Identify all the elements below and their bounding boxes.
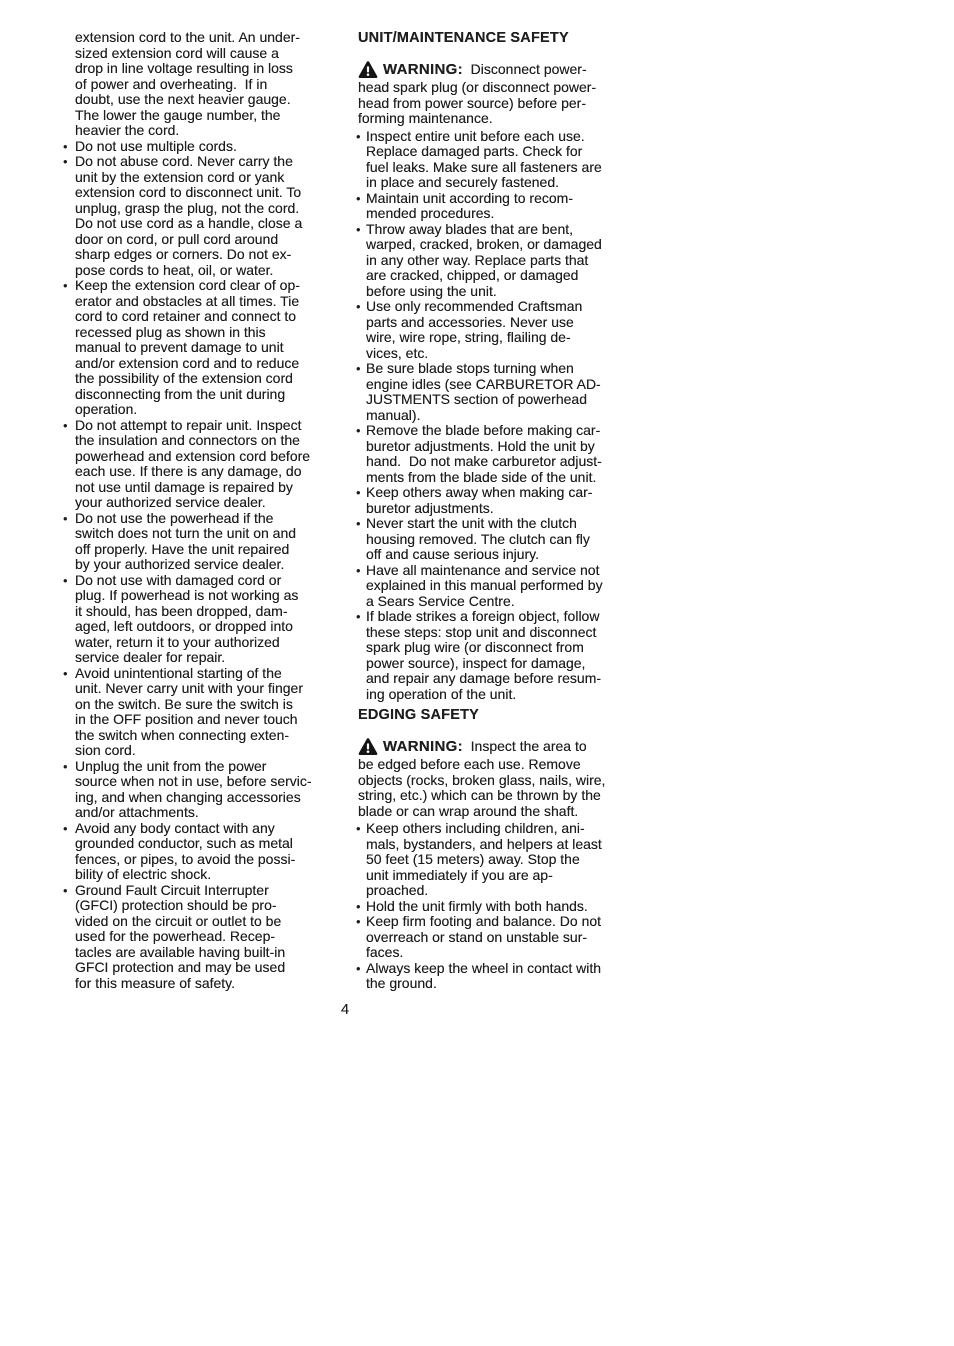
text-line: the insulation and connectors on the bbox=[62, 433, 354, 449]
text-line: ing operation of the unit. bbox=[347, 687, 647, 703]
text-line: head from power source) before per- bbox=[347, 96, 647, 112]
text-line: Always keep the wheel in contact with bbox=[347, 961, 647, 977]
bullet-marker: • bbox=[356, 361, 361, 377]
text-line: are cracked, chipped, or damaged bbox=[347, 268, 647, 284]
text-line: Have all maintenance and service not bbox=[347, 563, 647, 579]
bullet-marker: • bbox=[356, 299, 361, 315]
text-line: extension cord to disconnect unit. To bbox=[62, 185, 354, 201]
text-line: unit immediately if you are ap- bbox=[347, 868, 647, 884]
text-line: the possibility of the extension cord bbox=[62, 371, 354, 387]
text-line: in the OFF position and never touch bbox=[62, 712, 354, 728]
bullet-item: •Do not attempt to repair unit. Inspectt… bbox=[62, 418, 354, 511]
text-line: The lower the gauge number, the bbox=[62, 108, 354, 124]
text-line: erator and obstacles at all times. Tie bbox=[62, 294, 354, 310]
text-line: doubt, use the next heavier gauge. bbox=[62, 92, 354, 108]
section-heading: EDGING SAFETY bbox=[347, 707, 647, 723]
text-line: vices, etc. bbox=[347, 346, 647, 362]
text-line: the ground. bbox=[347, 976, 647, 992]
text-line: Maintain unit according to recom- bbox=[347, 191, 647, 207]
bullet-marker: • bbox=[356, 191, 361, 207]
bullet-item: •Have all maintenance and service notexp… bbox=[347, 563, 647, 610]
text-line: plug. If powerhead is not working as bbox=[62, 588, 354, 604]
text-line: Be sure blade stops turning when bbox=[347, 361, 647, 377]
bullet-marker: • bbox=[356, 563, 361, 579]
text-line: fences, or pipes, to avoid the possi- bbox=[62, 852, 354, 868]
text-line: 50 feet (15 meters) away. Stop the bbox=[347, 852, 647, 868]
text-line: used for the powerhead. Recep- bbox=[62, 929, 354, 945]
text-line: overreach or stand on unstable sur- bbox=[347, 930, 647, 946]
text-line: water, return it to your authorized bbox=[62, 635, 354, 651]
text-line: mended procedures. bbox=[347, 206, 647, 222]
text-line: each use. If there is any damage, do bbox=[62, 464, 354, 480]
text-line: not use until damage is repaired by bbox=[62, 480, 354, 496]
text-line: housing removed. The clutch can fly bbox=[347, 532, 647, 548]
text-line: unit. Never carry unit with your finger bbox=[62, 681, 354, 697]
text-line: Avoid any body contact with any bbox=[62, 821, 354, 837]
text-line: If blade strikes a foreign object, follo… bbox=[347, 609, 647, 625]
text-line: it should, has been dropped, dam- bbox=[62, 604, 354, 620]
bullet-marker: • bbox=[63, 139, 68, 155]
bullet-item: •Avoid unintentional starting of theunit… bbox=[62, 666, 354, 759]
text-line: Keep others away when making car- bbox=[347, 485, 647, 501]
text-line: string, etc.) which can be thrown by the bbox=[347, 788, 647, 804]
bullet-item: •Use only recommended Craftsmanparts and… bbox=[347, 299, 647, 361]
bullet-marker: • bbox=[356, 899, 361, 915]
text-line: Use only recommended Craftsman bbox=[347, 299, 647, 315]
warning-triangle-icon bbox=[358, 59, 378, 80]
text-line: forming maintenance. bbox=[347, 111, 647, 127]
text-line: Throw away blades that are bent, bbox=[347, 222, 647, 238]
bullet-item: •Maintain unit according to recom-mended… bbox=[347, 191, 647, 222]
warning-paragraph: WARNING: Inspect the area tobe edged bef… bbox=[347, 736, 647, 819]
bullet-marker: • bbox=[63, 759, 68, 775]
text-line: Remove the blade before making car- bbox=[347, 423, 647, 439]
bullet-marker: • bbox=[63, 278, 68, 294]
text-line: off and cause serious injury. bbox=[347, 547, 647, 563]
bullet-marker: • bbox=[356, 485, 361, 501]
bullet-marker: • bbox=[63, 511, 68, 527]
text-line: Do not abuse cord. Never carry the bbox=[62, 154, 354, 170]
bullet-marker: • bbox=[63, 821, 68, 837]
text-line: Avoid unintentional starting of the bbox=[62, 666, 354, 682]
bullet-item: •Do not abuse cord. Never carry theunit … bbox=[62, 154, 354, 278]
bullet-item: •Do not use multiple cords. bbox=[62, 139, 354, 155]
text-line: cord to cord retainer and connect to bbox=[62, 309, 354, 325]
bullet-item: •Throw away blades that are bent,warped,… bbox=[347, 222, 647, 300]
text-line: in place and securely fastened. bbox=[347, 175, 647, 191]
bullet-item: •Keep firm footing and balance. Do notov… bbox=[347, 914, 647, 961]
text-line: source when not in use, before servic- bbox=[62, 774, 354, 790]
text-line: hand. Do not make carburetor adjust- bbox=[347, 454, 647, 470]
text-line: objects (rocks, broken glass, nails, wir… bbox=[347, 773, 647, 789]
warning-paragraph: WARNING: Disconnect power-head spark plu… bbox=[347, 59, 647, 127]
text-line: of power and overheating. If in bbox=[62, 77, 354, 93]
text-line: power source), inspect for damage, bbox=[347, 656, 647, 672]
bullet-marker: • bbox=[356, 821, 361, 837]
text-line: sharp edges or corners. Do not ex- bbox=[62, 247, 354, 263]
bullet-item: •Always keep the wheel in contact withth… bbox=[347, 961, 647, 992]
text-line: and/or attachments. bbox=[62, 805, 354, 821]
text-line: Do not attempt to repair unit. Inspect bbox=[62, 418, 354, 434]
bullet-item: •Never start the unit with the clutchhou… bbox=[347, 516, 647, 563]
text-line: drop in line voltage resulting in loss bbox=[62, 61, 354, 77]
text-line: unplug, grasp the plug, not the cord. bbox=[62, 201, 354, 217]
text-line: engine idles (see CARBURETOR AD- bbox=[347, 377, 647, 393]
text-line: JUSTMENTS section of powerhead bbox=[347, 392, 647, 408]
text-line: be edged before each use. Remove bbox=[347, 757, 647, 773]
text-line: grounded conductor, such as metal bbox=[62, 836, 354, 852]
text-line: Do not use with damaged cord or bbox=[62, 573, 354, 589]
text-line: Replace damaged parts. Check for bbox=[347, 144, 647, 160]
bullet-item: •Hold the unit firmly with both hands. bbox=[347, 899, 647, 915]
text-line: ments from the blade side of the unit. bbox=[347, 470, 647, 486]
text-line: pose cords to heat, oil, or water. bbox=[62, 263, 354, 279]
text-line: sized extension cord will cause a bbox=[62, 46, 354, 62]
text-line: a Sears Service Centre. bbox=[347, 594, 647, 610]
warning-label: WARNING: bbox=[383, 61, 463, 78]
text-line: powerhead and extension cord before bbox=[62, 449, 354, 465]
warning-label: WARNING: bbox=[383, 738, 463, 755]
text-line: service dealer for repair. bbox=[62, 650, 354, 666]
text-line: disconnecting from the unit during bbox=[62, 387, 354, 403]
text-line: manual). bbox=[347, 408, 647, 424]
bullet-marker: • bbox=[356, 129, 361, 145]
text-line: your authorized service dealer. bbox=[62, 495, 354, 511]
text-line: Hold the unit firmly with both hands. bbox=[347, 899, 647, 915]
bullet-item: •Do not use with damaged cord orplug. If… bbox=[62, 573, 354, 666]
text-line: Ground Fault Circuit Interrupter bbox=[62, 883, 354, 899]
text-line: off properly. Have the unit repaired bbox=[62, 542, 354, 558]
bullet-item: •Avoid any body contact with anygrounded… bbox=[62, 821, 354, 883]
bullet-marker: • bbox=[63, 883, 68, 899]
text-line: the switch when connecting exten- bbox=[62, 728, 354, 744]
text-line: on the switch. Be sure the switch is bbox=[62, 697, 354, 713]
paragraph: extension cord to the unit. An under-siz… bbox=[62, 30, 354, 139]
text-line: proached. bbox=[347, 883, 647, 899]
text-line: before using the unit. bbox=[347, 284, 647, 300]
text-line: aged, left outdoors, or dropped into bbox=[62, 619, 354, 635]
bullet-item: •Keep others away when making car-bureto… bbox=[347, 485, 647, 516]
warning-text: Disconnect power- bbox=[463, 61, 587, 77]
text-line: parts and accessories. Never use bbox=[347, 315, 647, 331]
text-line: tacles are available having built-in bbox=[62, 945, 354, 961]
text-line: (GFCI) protection should be pro- bbox=[62, 898, 354, 914]
bullet-item: •Remove the blade before making car-bure… bbox=[347, 423, 647, 485]
text-line: Do not use the powerhead if the bbox=[62, 511, 354, 527]
bullet-item: •Unplug the unit from the powersource wh… bbox=[62, 759, 354, 821]
bullet-marker: • bbox=[63, 573, 68, 589]
text-line: faces. bbox=[347, 945, 647, 961]
bullet-marker: • bbox=[356, 609, 361, 625]
text-line: fuel leaks. Make sure all fasteners are bbox=[347, 160, 647, 176]
text-line: sion cord. bbox=[62, 743, 354, 759]
bullet-marker: • bbox=[63, 666, 68, 682]
text-line: spark plug wire (or disconnect from bbox=[347, 640, 647, 656]
bullet-marker: • bbox=[356, 914, 361, 930]
bullet-item: •Keep others including children, ani-mal… bbox=[347, 821, 647, 899]
text-line: GFCI protection and may be used bbox=[62, 960, 354, 976]
bullet-marker: • bbox=[356, 423, 361, 439]
manual-page: extension cord to the unit. An under-siz… bbox=[0, 0, 954, 1346]
bullet-marker: • bbox=[63, 418, 68, 434]
text-line: head spark plug (or disconnect power- bbox=[347, 80, 647, 96]
right-column: UNIT/MAINTENANCE SAFETYWARNING: Disconne… bbox=[347, 30, 647, 992]
text-line: and repair any damage before resum- bbox=[347, 671, 647, 687]
warning-triangle-icon bbox=[358, 736, 378, 757]
text-line: extension cord to the unit. An under- bbox=[62, 30, 354, 46]
text-line: by your authorized service dealer. bbox=[62, 557, 354, 573]
page-number: 4 bbox=[341, 1002, 349, 1018]
text-line: these steps: stop unit and disconnect bbox=[347, 625, 647, 641]
text-line: bility of electric shock. bbox=[62, 867, 354, 883]
text-line: Keep the extension cord clear of op- bbox=[62, 278, 354, 294]
text-line: Keep others including children, ani- bbox=[347, 821, 647, 837]
bullet-item: •Do not use the powerhead if theswitch d… bbox=[62, 511, 354, 573]
text-line: Do not use cord as a handle, close a bbox=[62, 216, 354, 232]
left-column: extension cord to the unit. An under-siz… bbox=[62, 30, 354, 991]
bullet-item: •Keep the extension cord clear of op-era… bbox=[62, 278, 354, 418]
text-line: Inspect entire unit before each use. bbox=[347, 129, 647, 145]
text-line: for this measure of safety. bbox=[62, 976, 354, 992]
text-line: recessed plug as shown in this bbox=[62, 325, 354, 341]
text-line: and/or extension cord and to reduce bbox=[62, 356, 354, 372]
text-line: operation. bbox=[62, 402, 354, 418]
text-line: warped, cracked, broken, or damaged bbox=[347, 237, 647, 253]
text-line: buretor adjustments. Hold the unit by bbox=[347, 439, 647, 455]
text-line: Do not use multiple cords. bbox=[62, 139, 354, 155]
text-line: blade or can wrap around the shaft. bbox=[347, 804, 647, 820]
bullet-item: •Be sure blade stops turning whenengine … bbox=[347, 361, 647, 423]
text-line: Never start the unit with the clutch bbox=[347, 516, 647, 532]
text-line: in any other way. Replace parts that bbox=[347, 253, 647, 269]
section-heading: UNIT/MAINTENANCE SAFETY bbox=[347, 30, 647, 46]
bullet-marker: • bbox=[63, 154, 68, 170]
text-line: Keep firm footing and balance. Do not bbox=[347, 914, 647, 930]
text-line: manual to prevent damage to unit bbox=[62, 340, 354, 356]
text-line: mals, bystanders, and helpers at least bbox=[347, 837, 647, 853]
warning-first-line: WARNING: Inspect the area to bbox=[347, 736, 647, 757]
text-line: Unplug the unit from the power bbox=[62, 759, 354, 775]
text-line: switch does not turn the unit on and bbox=[62, 526, 354, 542]
text-line: door on cord, or pull cord around bbox=[62, 232, 354, 248]
text-line: explained in this manual performed by bbox=[347, 578, 647, 594]
bullet-item: •Inspect entire unit before each use.Rep… bbox=[347, 129, 647, 191]
text-line: ing, and when changing accessories bbox=[62, 790, 354, 806]
warning-text: Inspect the area to bbox=[463, 738, 587, 754]
bullet-item: •Ground Fault Circuit Interrupter(GFCI) … bbox=[62, 883, 354, 992]
text-line: unit by the extension cord or yank bbox=[62, 170, 354, 186]
bullet-item: •If blade strikes a foreign object, foll… bbox=[347, 609, 647, 702]
text-line: wire, wire rope, string, flailing de- bbox=[347, 330, 647, 346]
bullet-marker: • bbox=[356, 516, 361, 532]
text-line: vided on the circuit or outlet to be bbox=[62, 914, 354, 930]
warning-first-line: WARNING: Disconnect power- bbox=[347, 59, 647, 80]
bullet-marker: • bbox=[356, 222, 361, 238]
bullet-marker: • bbox=[356, 961, 361, 977]
text-line: heavier the cord. bbox=[62, 123, 354, 139]
text-line: buretor adjustments. bbox=[347, 501, 647, 517]
